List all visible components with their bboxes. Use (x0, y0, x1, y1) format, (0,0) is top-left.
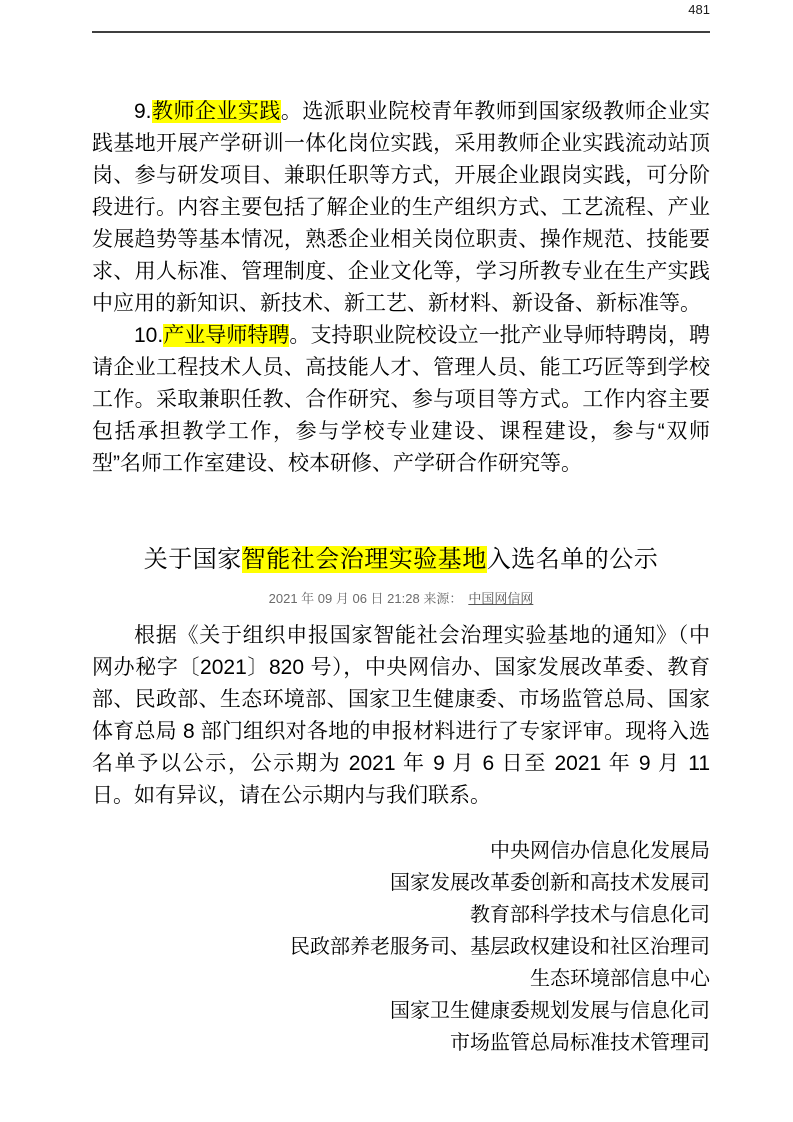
publish-datetime: 2021 年 09 月 06 日 21:28 (269, 591, 420, 606)
announcement-title-prefix: 关于国家 (144, 546, 242, 573)
announcement-body: 根据《关于组织申报国家智能社会治理实验基地的通知》（中网办秘字〔2021〕820… (92, 620, 710, 812)
signatory: 市场监管总局标准技术管理司 (92, 1027, 710, 1059)
page-number: 481 (92, 3, 710, 17)
source-link[interactable]: 中国网信网 (468, 591, 533, 606)
announcement-title: 关于国家智能社会治理实验基地入选名单的公示 (92, 545, 710, 575)
paragraph-9: 9.教师企业实践。选派职业院校青年教师到国家级教师企业实践基地开展产学研训一体化… (92, 96, 710, 320)
signatories-list: 中央网信办信息化发展局 国家发展改革委创新和高技术发展司 教育部科学技术与信息化… (92, 835, 710, 1059)
policy-text-section: 9.教师企业实践。选派职业院校青年教师到国家级教师企业实践基地开展产学研训一体化… (92, 96, 710, 480)
paragraph-10: 10.产业导师特聘。支持职业院校设立一批产业导师特聘岗，聘请企业工程技术人员、高… (92, 320, 710, 480)
paragraph-10-number: 10. (134, 324, 163, 347)
paragraph-9-text: 。选派职业院校青年教师到国家级教师企业实践基地开展产学研训一体化岗位实践，采用教… (92, 100, 710, 315)
paragraph-9-highlighted-term: 教师企业实践 (152, 100, 281, 123)
signatory: 国家发展改革委创新和高技术发展司 (92, 867, 710, 899)
paragraph-10-highlighted-term: 产业导师特聘 (163, 324, 289, 347)
paragraph-9-number: 9. (134, 100, 152, 123)
announcement-meta-line: 2021 年 09 月 06 日 21:28 来源：中国网信网 (92, 590, 710, 607)
header-rule (92, 31, 710, 33)
signatory: 中央网信办信息化发展局 (92, 835, 710, 867)
page-header: 481 (92, 0, 710, 33)
announcement-section: 关于国家智能社会治理实验基地入选名单的公示 2021 年 09 月 06 日 2… (92, 545, 710, 1059)
announcement-title-suffix: 入选名单的公示 (487, 546, 659, 573)
document-page: 481 9.教师企业实践。选派职业院校青年教师到国家级教师企业实践基地开展产学研… (0, 0, 793, 1122)
signatory: 教育部科学技术与信息化司 (92, 899, 710, 931)
source-label: 来源： (423, 591, 462, 606)
signatory: 民政部养老服务司、基层政权建设和社区治理司 (92, 931, 710, 963)
signatory: 国家卫生健康委规划发展与信息化司 (92, 995, 710, 1027)
signatory: 生态环境部信息中心 (92, 963, 710, 995)
announcement-title-highlighted-term: 智能社会治理实验基地 (242, 546, 487, 573)
